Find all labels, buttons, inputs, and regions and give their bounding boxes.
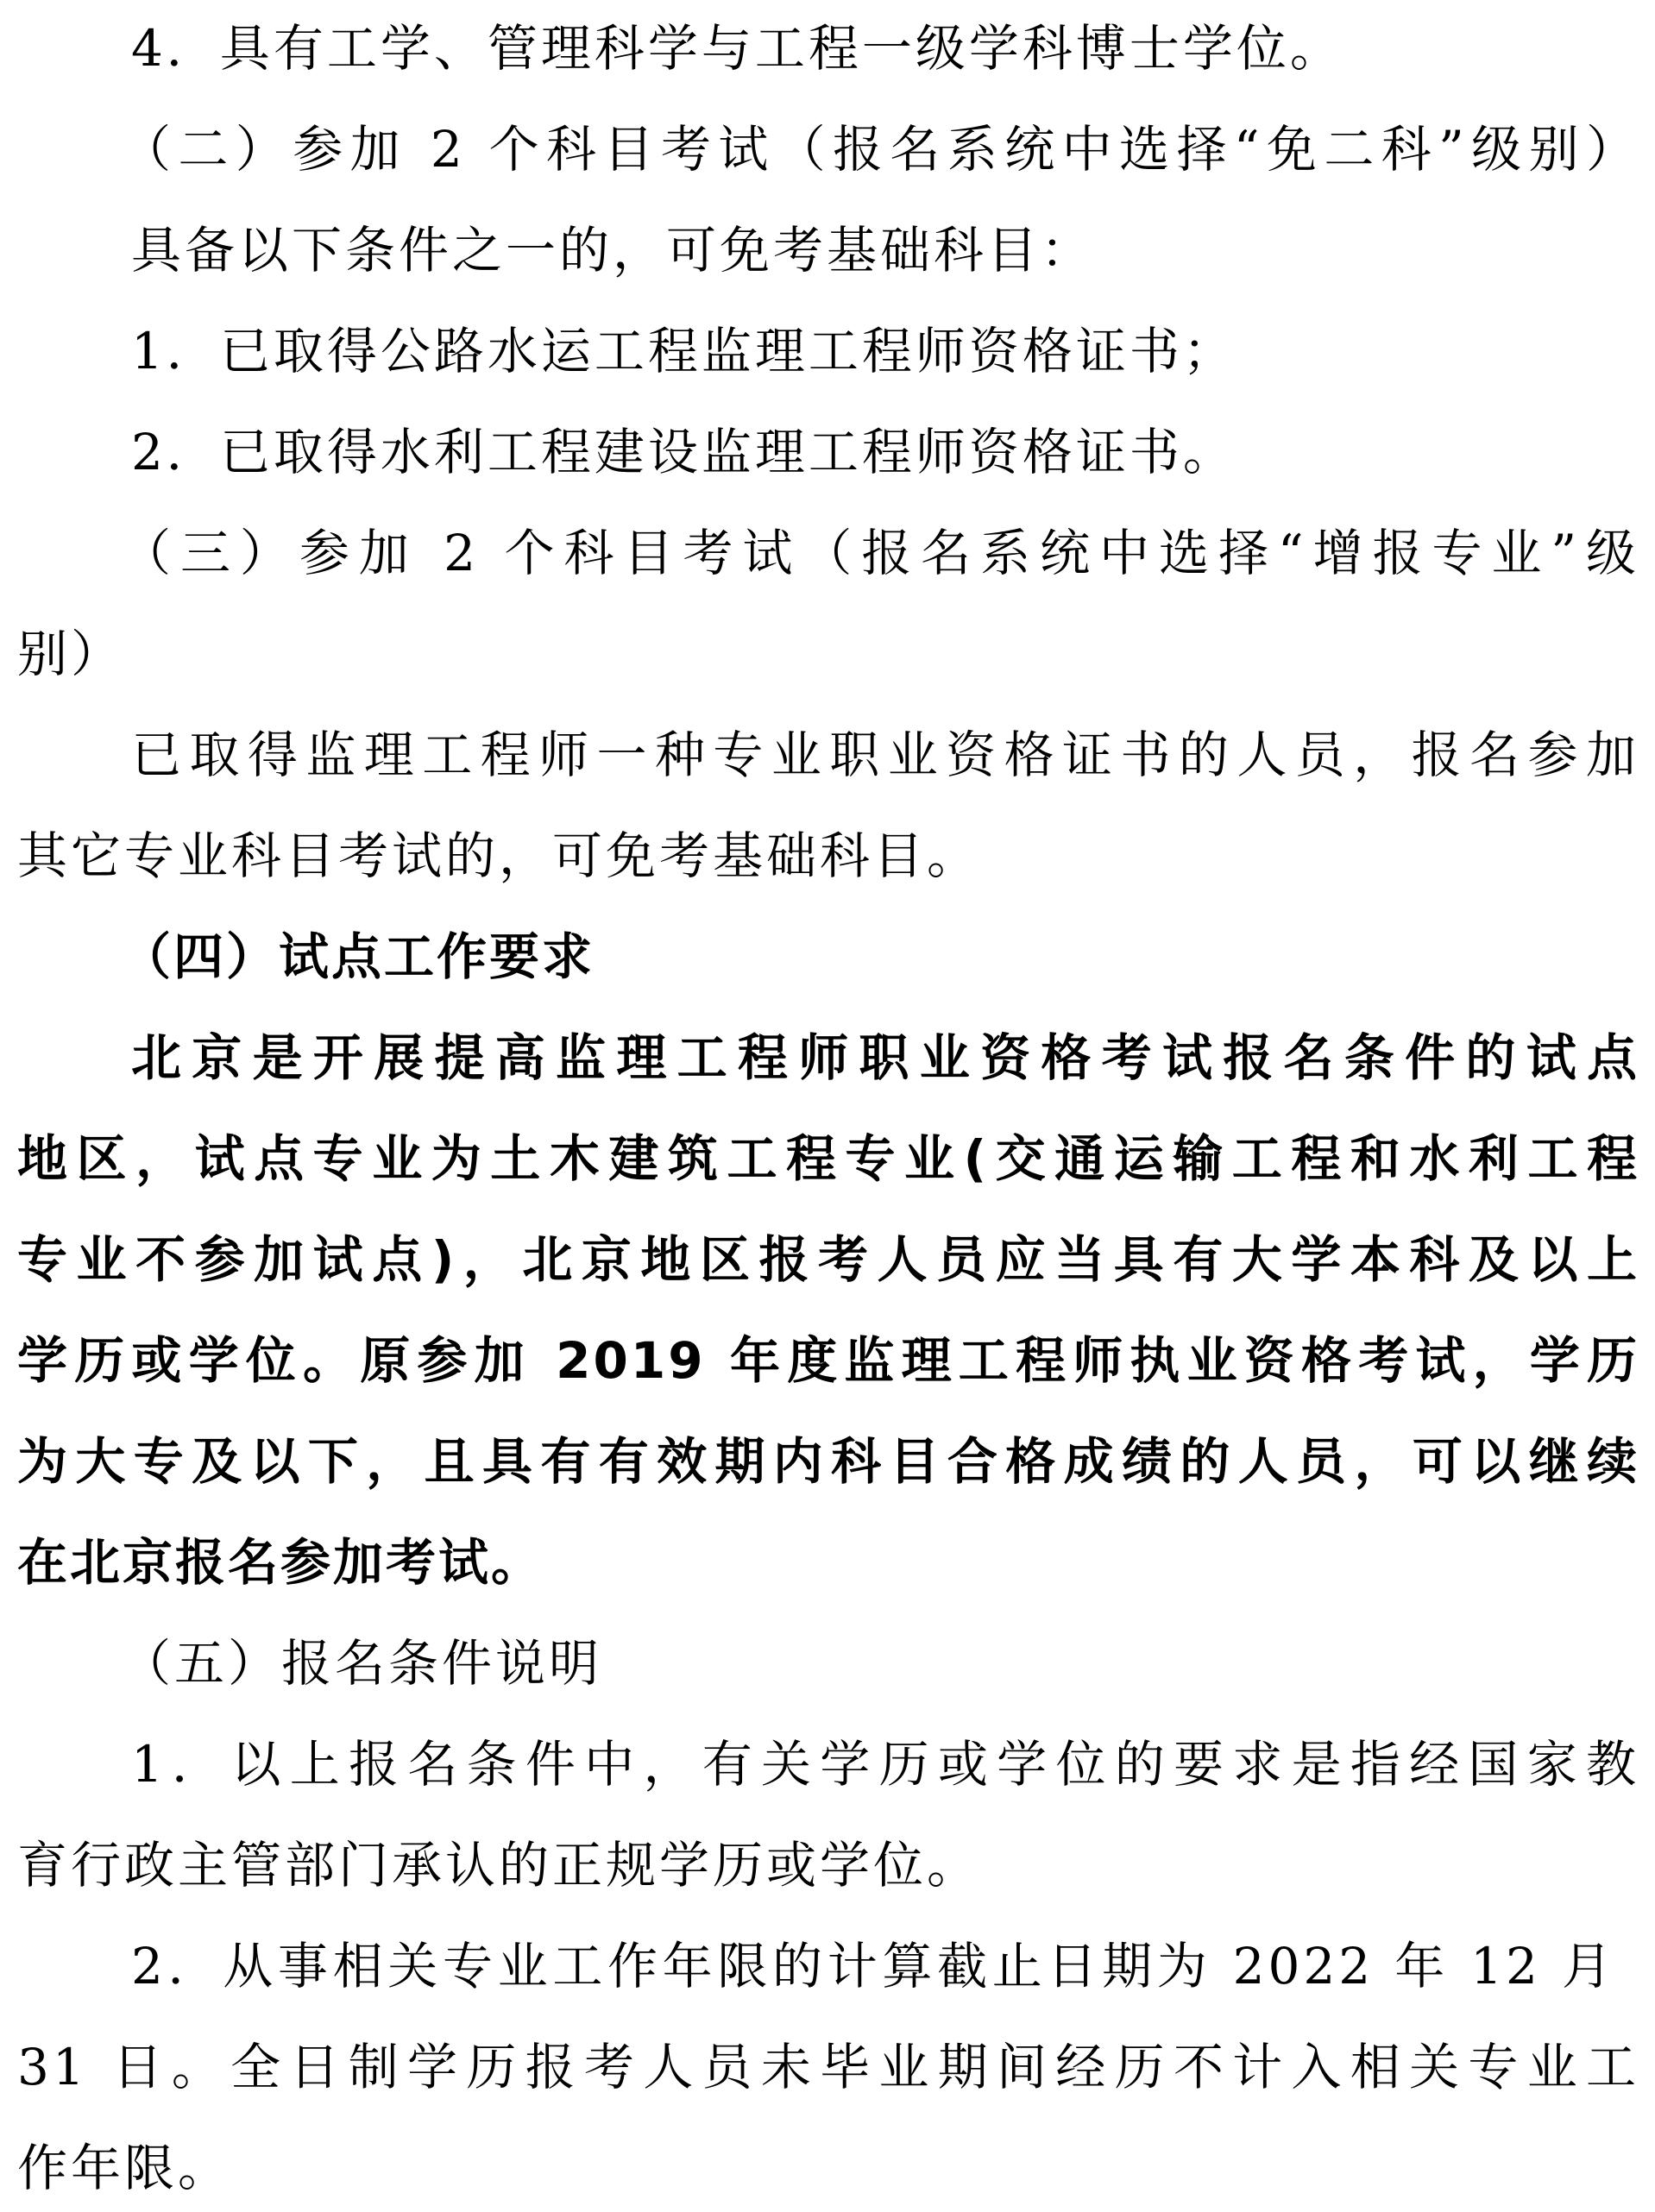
paragraph-exempt-basic-conditions: 具备以下条件之一的，可免考基础科目： [131, 211, 1655, 290]
note-work-years-cutoff-2: 31 日。全日制学历报考人员未毕业期间经历不计入相关专业工 [17, 2027, 1639, 2107]
paragraph-beijing-pilot-6: 在北京报名参加考试。 [17, 1523, 1639, 1602]
paragraph-beijing-pilot-2: 地区，试点专业为土木建筑工程专业(交通运输工程和水利工程 [17, 1119, 1639, 1198]
item-highway-waterway-certificate: 1．已取得公路水运工程监理工程师资格证书； [131, 311, 1655, 391]
section-heading-two-subjects-exempt-two: （二）参加 2 个科目考试（报名系统中选择“免二科”级别） [121, 110, 1639, 189]
section-heading-pilot-requirements: （四）试点工作要求 [121, 917, 1655, 996]
document-page: 4．具有工学、管理科学与工程一级学科博士学位。 （二）参加 2 个科目考试（报名… [0, 0, 1655, 2212]
section-heading-registration-notes: （五）报名条件说明 [121, 1624, 1655, 1703]
item-doctorate-degree: 4．具有工学、管理科学与工程一级学科博士学位。 [131, 9, 1655, 88]
note-education-requirement-1: 1．以上报名条件中，有关学历或学位的要求是指经国家教 [131, 1725, 1639, 1804]
note-education-requirement-2: 育行政主管部门承认的正规学历或学位。 [17, 1826, 1639, 1905]
paragraph-beijing-pilot-3: 专业不参加试点)，北京地区报考人员应当具有大学本科及以上 [17, 1220, 1639, 1299]
paragraph-beijing-pilot-1: 北京是开展提高监理工程师职业资格考试报名条件的试点 [131, 1018, 1639, 1097]
section-heading-two-subjects-add-major: （三）参加 2 个科目考试（报名系统中选择“增报专业”级 [121, 513, 1639, 593]
paragraph-one-major-certificate: 已取得监理工程师一种专业职业资格证书的人员，报名参加 [131, 715, 1639, 795]
paragraph-beijing-pilot-5: 为大专及以下，且具有有效期内科目合格成绩的人员，可以继续 [17, 1422, 1639, 1501]
note-work-years-cutoff-1: 2．从事相关专业工作年限的计算截止日期为 2022 年 12 月 [131, 1926, 1615, 2006]
section-heading-two-subjects-add-major-cont: 别） [17, 614, 1639, 694]
paragraph-beijing-pilot-4: 学历或学位。原参加 2019 年度监理工程师执业资格考试，学历 [17, 1321, 1639, 1400]
note-work-years-cutoff-3: 作年限。 [17, 2128, 1639, 2208]
paragraph-one-major-certificate-cont: 其它专业科目考试的，可免考基础科目。 [17, 816, 1639, 895]
item-water-conservancy-certificate: 2．已取得水利工程建设监理工程师资格证书。 [131, 412, 1655, 492]
